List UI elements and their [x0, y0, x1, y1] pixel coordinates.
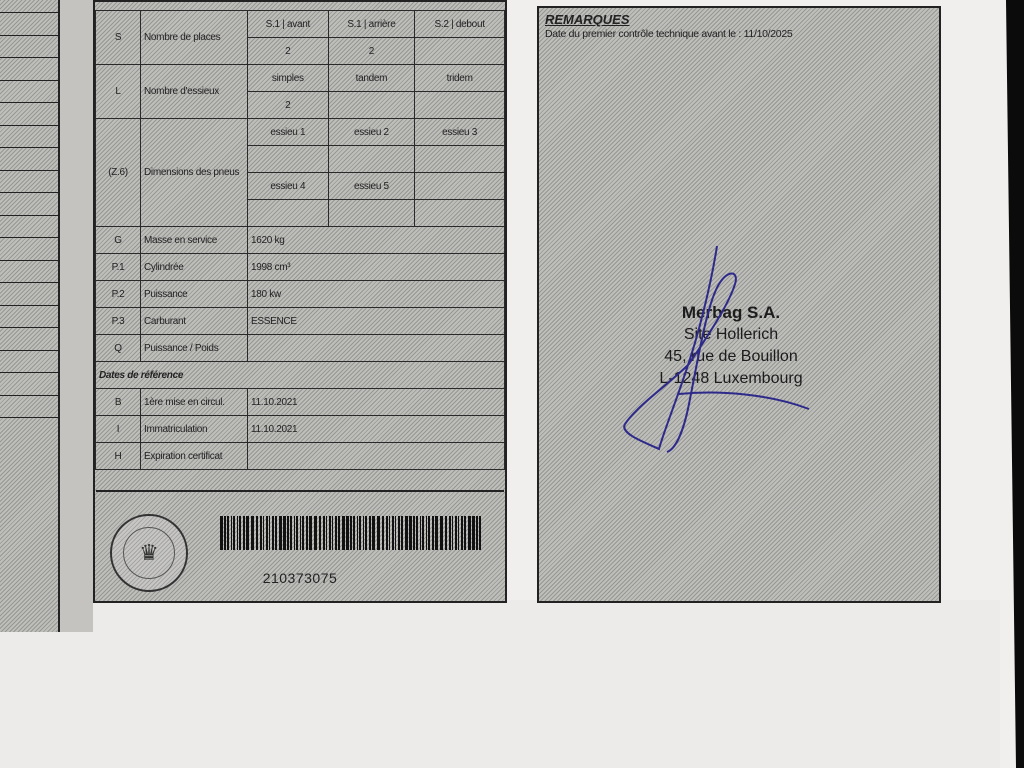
spec-label: Carburant: [141, 308, 248, 335]
header-cell: essieu 4: [248, 173, 329, 200]
code-tyres: (Z.6): [96, 119, 141, 227]
spec-label: Cylindrée: [141, 254, 248, 281]
date-label: 1ère mise en circul.: [141, 389, 248, 416]
ruled-line: [0, 12, 58, 13]
table-row: S Nombre de places S.1 | avant S.1 | arr…: [96, 11, 505, 38]
spec-label: Masse en service: [141, 227, 248, 254]
signature: [619, 244, 839, 464]
date-code: B: [96, 389, 141, 416]
table-row-power: P.2 Puissance 180 kw: [96, 281, 505, 308]
code-axles: L: [96, 65, 141, 119]
label-axles: Nombre d'essieux: [141, 65, 248, 119]
value-cell: [415, 200, 505, 227]
spec-value: 180 kw: [248, 281, 505, 308]
value-cell: 2: [248, 92, 329, 119]
spec-value: ESSENCE: [248, 308, 505, 335]
ruled-line: [0, 395, 58, 396]
value-cell: [328, 92, 415, 119]
table-row-displacement: P.1 Cylindrée 1998 cm³: [96, 254, 505, 281]
value-cell: [248, 146, 329, 173]
certificate-footer: ♛ 210373075: [96, 490, 504, 602]
table-row-first-registration: B 1ère mise en circul. 11.10.2021: [96, 389, 505, 416]
header-cell: [415, 173, 505, 200]
header-cell: S.1 | arrière: [328, 11, 415, 38]
ruled-line: [0, 147, 58, 148]
code-places: S: [96, 11, 141, 65]
ruled-line: [0, 305, 58, 306]
table-row-fuel: P.3 Carburant ESSENCE: [96, 308, 505, 335]
ruled-line: [0, 260, 58, 261]
header-cell: simples: [248, 65, 329, 92]
ruled-line: [0, 125, 58, 126]
spec-label: Puissance / Poids: [141, 335, 248, 362]
label-tyres: Dimensions des pneus: [141, 119, 248, 227]
ruled-line: [0, 80, 58, 81]
date-code: H: [96, 443, 141, 470]
value-cell: [415, 38, 505, 65]
spec-value: 1998 cm³: [248, 254, 505, 281]
table-row-registration: I Immatriculation 11.10.2021: [96, 416, 505, 443]
spec-code: P.2: [96, 281, 141, 308]
ruled-line: [0, 282, 58, 283]
ruled-line: [0, 57, 58, 58]
ruled-line: [0, 372, 58, 373]
date-label: Immatriculation: [141, 416, 248, 443]
ruled-line: [0, 192, 58, 193]
label-places: Nombre de places: [141, 11, 248, 65]
vehicle-data-table: S Nombre de places S.1 | avant S.1 | arr…: [95, 10, 505, 470]
paper-background: [0, 600, 1000, 768]
spec-label: Puissance: [141, 281, 248, 308]
spec-code: Q: [96, 335, 141, 362]
header-cell: essieu 2: [328, 119, 415, 146]
value-cell: [328, 146, 415, 173]
table-row-expiration: H Expiration certificat: [96, 443, 505, 470]
value-cell: [248, 200, 329, 227]
ruled-line: [0, 327, 58, 328]
ruled-line: [0, 102, 58, 103]
ruled-line: [0, 417, 58, 418]
ruled-line: [0, 170, 58, 171]
section-row: Dates de référence: [96, 362, 505, 389]
header-cell: S.1 | avant: [248, 11, 329, 38]
remarks-text: Date du premier contrôle technique avant…: [545, 28, 792, 40]
ruled-line: [0, 237, 58, 238]
ruled-line: [0, 215, 58, 216]
ruled-line: [0, 350, 58, 351]
barcode: [220, 516, 482, 550]
date-code: I: [96, 416, 141, 443]
date-value: 11.10.2021: [248, 389, 505, 416]
barcode-number: 210373075: [96, 570, 504, 586]
date-value: 11.10.2021: [248, 416, 505, 443]
value-cell: [328, 200, 415, 227]
value-cell: 2: [328, 38, 415, 65]
remarks-title: REMARQUES: [545, 12, 630, 27]
table-row-mass: G Masse en service 1620 kg: [96, 227, 505, 254]
remarks-panel: REMARQUES Date du premier contrôle techn…: [537, 6, 941, 603]
header-cell: essieu 3: [415, 119, 505, 146]
table-row-power-weight: Q Puissance / Poids: [96, 335, 505, 362]
dates-section-title: Dates de référence: [96, 362, 505, 389]
left-page-strip: [0, 0, 60, 632]
value-cell: 2: [248, 38, 329, 65]
spec-value: [248, 335, 505, 362]
spec-code: G: [96, 227, 141, 254]
table-row: L Nombre d'essieux simples tandem tridem: [96, 65, 505, 92]
date-value: [248, 443, 505, 470]
spec-code: P.1: [96, 254, 141, 281]
spec-value: 1620 kg: [248, 227, 505, 254]
page-fold: [60, 0, 93, 632]
header-cell: essieu 1: [248, 119, 329, 146]
spec-code: P.3: [96, 308, 141, 335]
value-cell: [415, 146, 505, 173]
value-cell: [415, 92, 505, 119]
header-cell: S.2 | debout: [415, 11, 505, 38]
vehicle-data-panel: S Nombre de places S.1 | avant S.1 | arr…: [93, 0, 507, 603]
ruled-line: [0, 35, 58, 36]
table-row: (Z.6) Dimensions des pneus essieu 1 essi…: [96, 119, 505, 146]
header-cell: tandem: [328, 65, 415, 92]
header-cell: essieu 5: [328, 173, 415, 200]
header-cell: tridem: [415, 65, 505, 92]
date-label: Expiration certificat: [141, 443, 248, 470]
